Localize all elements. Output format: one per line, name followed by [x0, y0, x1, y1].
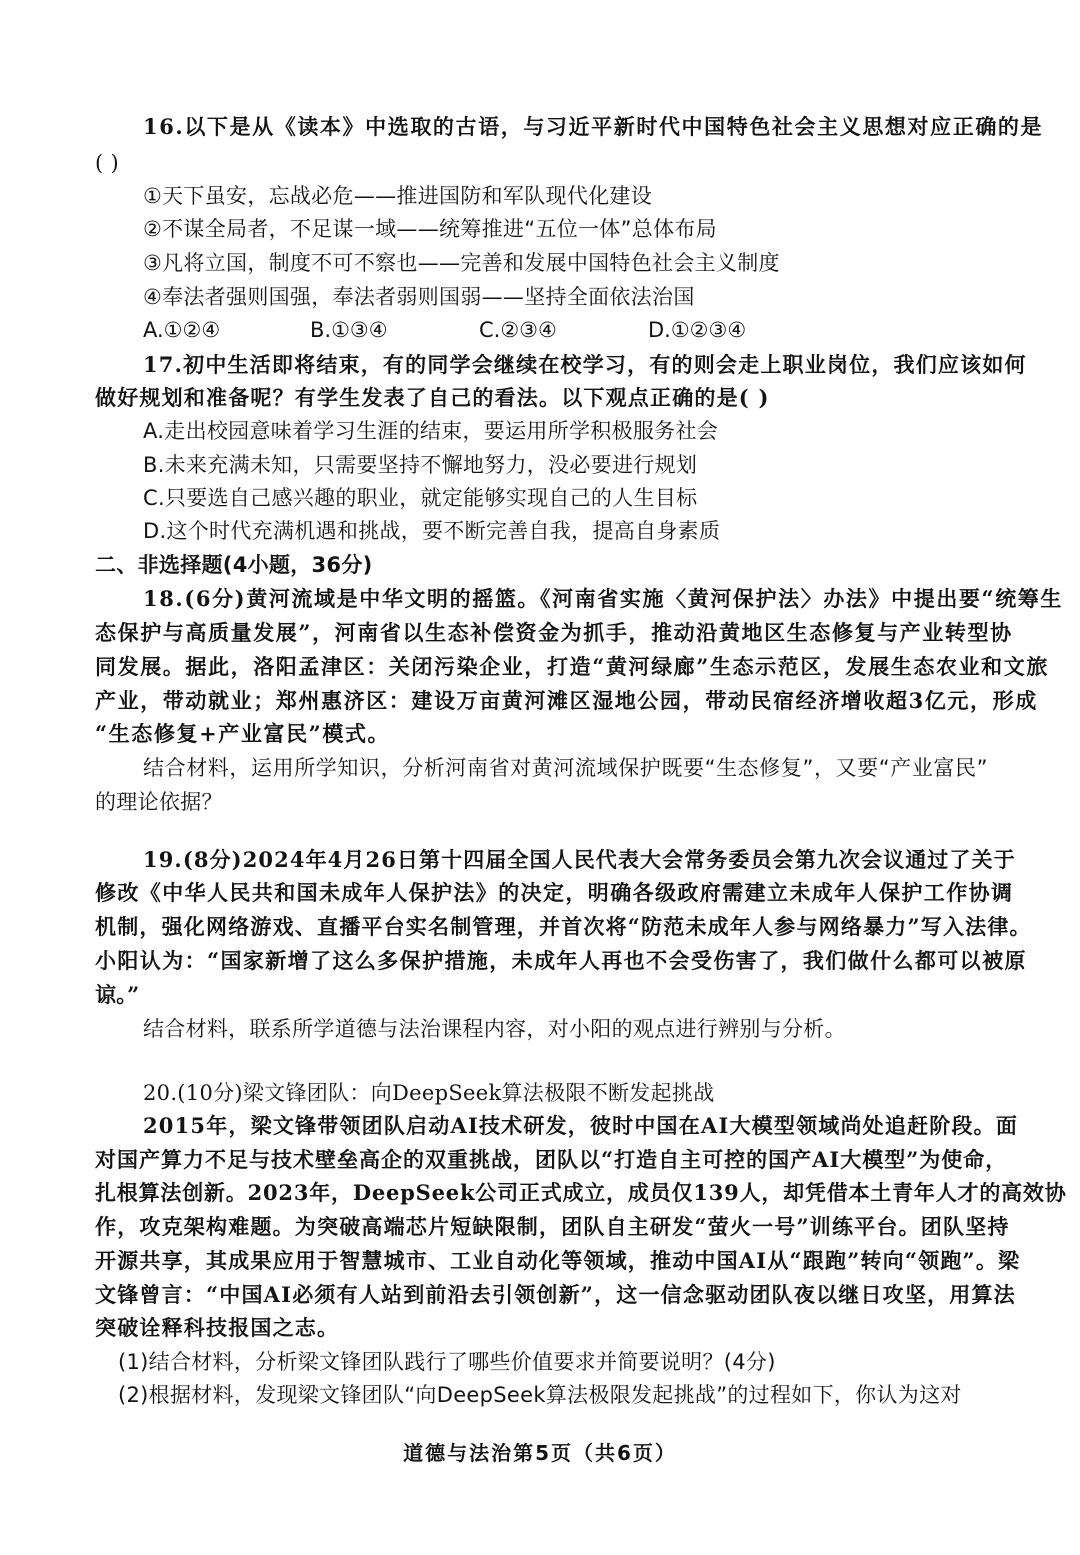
- q17-stem-line1: 17.初中生活即将结束，有的同学会继续在校学习，有的则会走上职业岗位，我们应该如…: [143, 352, 1027, 378]
- q20-line-5: 开源共享，其成果应用于智慧城市、工业自动化等领域，推动中国AI从“跟跑”转向“领…: [95, 1248, 1020, 1274]
- q19-question: 结合材料，联系所学道德与法治课程内容，对小阳的观点进行辨别与分析。: [143, 1016, 846, 1042]
- q20-sub-question-2: (2)根据材料，发现梁文锋团队“向DeepSeek算法极限发起挑战”的过程如下，…: [118, 1382, 962, 1408]
- q19-line-1: 19.(8分)2024年4月26日第十四届全国人民代表大会常务委员会第九次会议通…: [143, 847, 1016, 873]
- q18-line-4: 产业，带动就业；郑州惠济区：建设万亩黄河滩区湿地公园，带动民宿经济增收超3亿元，…: [95, 688, 1038, 714]
- q18-line-3: 同发展。据此，洛阳孟津区：关闭污染企业，打造“黄河绿廊”生态示范区，发展生态农业…: [95, 654, 1049, 680]
- q20-line-2: 对国产算力不足与技术壁垒高企的双重挑战，团队以“打造自主可控的国产AI大模型”为…: [95, 1147, 1007, 1173]
- q18-line-2: 态保护与高质量发展”，河南省以生态补偿资金为抓手，推动沿黄地区生态修复与产业转型…: [95, 620, 1013, 646]
- q18-question-line-2: 的理论依据？: [95, 789, 223, 815]
- q20-line-3: 扎根算法创新。2023年，DeepSeek公司正式成立，成员仅139人，却凭借本…: [95, 1180, 1067, 1206]
- q16-answer-bracket: ( ): [95, 150, 119, 176]
- q16-option-b: B.①③④: [310, 317, 388, 343]
- q20-sub-question-1: (1)结合材料，分析梁文锋团队践行了哪些价值要求并简要说明？(4分): [118, 1349, 776, 1375]
- q20-line-4: 作，攻克架构难题。为突破高端芯片短缺限制，团队自主研发“萤火一号”训练平台。团队…: [95, 1214, 1010, 1240]
- q17-stem-line2: 做好规划和准备呢？有学生发表了自己的看法。以下观点正确的是( ): [95, 385, 770, 411]
- q17-option-a: A.走出校园意味着学习生涯的结束，要运用所学积极服务社会: [143, 418, 718, 444]
- q16-item-4: ④奉法者强则国强，奉法者弱则国弱——坚持全面依法治国: [143, 284, 695, 310]
- q16-stem: 16.以下是从《读本》中选取的古语，与习近平新时代中国特色社会主义思想对应正确的…: [143, 114, 1043, 140]
- q16-item-2: ②不谋全局者，不足谋一域——统筹推进“五位一体”总体布局: [143, 216, 717, 242]
- q18-question-line-1: 结合材料，运用所学知识，分析河南省对黄河流域保护既要“生态修复”，又要“产业富民…: [143, 755, 988, 781]
- q17-option-b: B.未来充满未知，只需要坚持不懈地努力，没必要进行规划: [143, 452, 697, 478]
- q20-line-6: 文锋曾言：“中国AI必须有人站到前沿去引领创新”，这一信念驱动团队夜以继日攻坚，…: [95, 1282, 1016, 1308]
- q18-line-1: 18.(6分)黄河流域是中华文明的摇篮。《河南省实施〈黄河保护法〉办法》中提出要…: [143, 586, 1063, 612]
- q19-line-3: 机制，强化网络游戏、直播平台实名制管理，并首次将“防范未成年人参与网络暴力”写入…: [95, 914, 1032, 940]
- section-heading-non-choice: 二、非选择题(4小题，36分): [95, 552, 373, 578]
- q16-option-d: D.①②③④: [648, 317, 746, 343]
- q19-line-2: 修改《中华人民共和国未成年人保护法》的决定，明确各级政府需建立未成年人保护工作协…: [95, 880, 1013, 906]
- q16-item-1: ①天下虽安，忘战必危——推进国防和军队现代化建设: [143, 183, 652, 209]
- exam-page: 16.以下是从《读本》中选取的古语，与习近平新时代中国特色社会主义思想对应正确的…: [0, 0, 1080, 1555]
- q16-option-a: A.①②④: [143, 317, 220, 343]
- q20-title: 20.(10分)梁文锋团队：向DeepSeek算法极限不断发起挑战: [143, 1080, 715, 1106]
- q19-line-5: 谅。”: [95, 982, 139, 1008]
- q16-item-3: ③凡将立国，制度不可不察也——完善和发展中国特色社会主义制度: [143, 250, 780, 276]
- q20-line-7: 突破诠释科技报国之志。: [95, 1315, 339, 1341]
- q20-line-1: 2015年，梁文锋带领团队启动AI技术研发，彼时中国在AI大模型领域尚处追赶阶段…: [143, 1113, 1018, 1139]
- q16-option-c: C.②③④: [479, 317, 557, 343]
- q18-line-5: “生态修复+产业富民”模式。: [95, 721, 390, 747]
- page-footer: 道德与法治第5页（共6页）: [0, 1437, 1080, 1466]
- q19-line-4: 小阳认为：“国家新增了这么多保护措施，未成年人再也不会受伤害了，我们做什么都可以…: [95, 948, 1027, 974]
- q17-option-d: D.这个时代充满机遇和挑战，要不断完善自我，提高自身素质: [143, 518, 720, 544]
- q17-option-c: C.只要选自己感兴趣的职业，就定能够实现自己的人生目标: [143, 485, 697, 511]
